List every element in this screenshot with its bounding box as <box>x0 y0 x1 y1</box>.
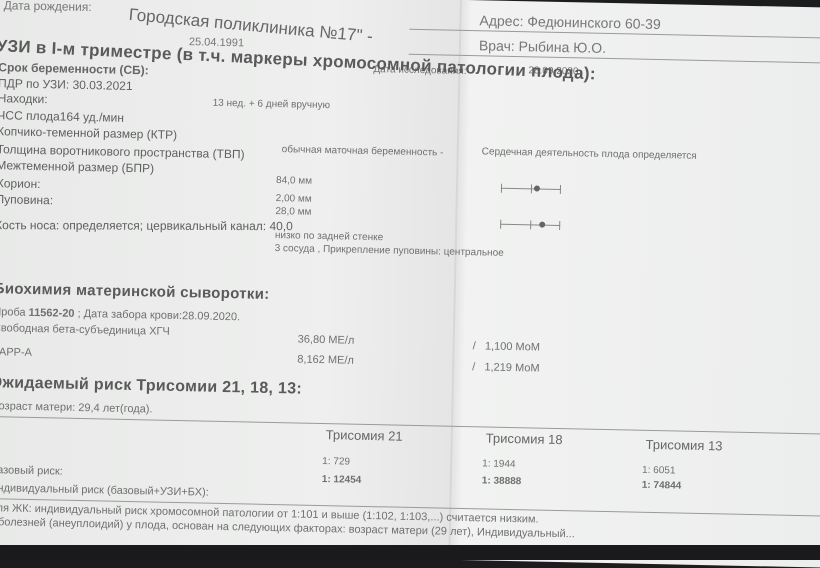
risk-title: Ожидаемый риск Трисомии 21, 18, 13: <box>0 374 302 399</box>
biochem-title: Биохимия материнской сыворотки: <box>0 280 270 303</box>
nose-cervix-line: Кость носа: определяется; цервикальный к… <box>0 218 293 233</box>
doctor-name: Врач: Рыбина Ю.О. <box>479 37 606 56</box>
clinic-name: Городская поликлиника №17" - <box>128 5 374 47</box>
term-value: 13 нед. + 6 дней вручную <box>213 98 331 111</box>
patient-address: Адрес: Федюнинского 60-39 <box>479 12 661 32</box>
mother-age: Возраст матери: 29,4 лет(года). <box>0 400 153 415</box>
paper-fold <box>448 0 462 560</box>
edd: ПДР по УЗИ: 30.03.2021 <box>0 76 133 93</box>
ultrasound-row-value: 3 сосуда , Прикрепление пуповины: центра… <box>275 243 504 259</box>
risk-col-header: Трисомия 13 <box>645 437 722 454</box>
findings-value: обычная маточная беременность - <box>282 144 444 158</box>
heart-activity: Сердечная деятельность плода определяетс… <box>482 146 697 162</box>
ultrasound-row-label: ЧСС плода164 уд./мин <box>0 108 124 125</box>
medical-report-paper: Дата рождения: 25.04.1991 Городская поли… <box>0 0 820 560</box>
ultrasound-row-value: 28,0 мм <box>275 206 311 218</box>
biochem-row-mom: / 1,100 МоМ <box>473 340 541 353</box>
background-surface <box>0 545 820 560</box>
sample-suffix: ; Дата забора крови:28.09.2020. <box>74 308 240 323</box>
biochem-row-value: 36,80 МЕ/л <box>298 334 355 347</box>
individual-risk-t13: 1: 74844 <box>642 480 682 492</box>
base-risk-t13: 1: 6051 <box>642 465 676 477</box>
biochem-row-label: Свободная бета-субъединица ХГЧ <box>0 322 170 338</box>
risk-table-top-border <box>0 416 820 435</box>
ultrasound-row-value: 84,0 мм <box>276 175 312 187</box>
sample-id: 11562-20 <box>28 307 74 320</box>
ultrasound-row-value: 2,00 мм <box>276 193 312 205</box>
risk-col-header: Трисомия 18 <box>486 430 563 447</box>
sample-line: Проба 11562-20 ; Дата забора крови:28.09… <box>0 306 240 323</box>
individual-risk-t18: 1: 38888 <box>482 475 522 487</box>
base-risk-t21: 1: 729 <box>322 456 350 468</box>
ultrasound-row-label: Копчико-теменной размер (КТР) <box>0 124 177 142</box>
individual-risk-t21: 1: 12454 <box>322 474 362 486</box>
ultrasound-row-label: Межтеменной размер (БПР) <box>0 158 154 175</box>
individual-risk-label: Индивидуальный риск (базовый+УЗИ+БХ): <box>0 482 209 499</box>
findings-label: Находки: <box>0 91 48 106</box>
base-risk-label: Базовый риск: <box>0 464 63 478</box>
sample-prefix: Проба <box>0 306 29 319</box>
biochem-row-mom: / 1,219 МоМ <box>472 361 540 374</box>
ultrasound-row-label: Хорион: <box>0 176 41 191</box>
biochem-row-value: 8,162 МЕ/л <box>297 354 354 367</box>
ultrasound-row-label: Пуповина: <box>0 192 53 207</box>
biochem-row-label: PAPP-A <box>0 346 32 359</box>
bpr-range-indicator <box>500 220 560 229</box>
ktr-range-indicator <box>501 184 561 193</box>
base-risk-t18: 1: 1944 <box>482 458 516 470</box>
term-label: Срок беременности (СБ): <box>0 60 149 77</box>
birth-label: Дата рождения: <box>4 0 92 14</box>
risk-col-header: Трисомия 21 <box>326 427 403 444</box>
